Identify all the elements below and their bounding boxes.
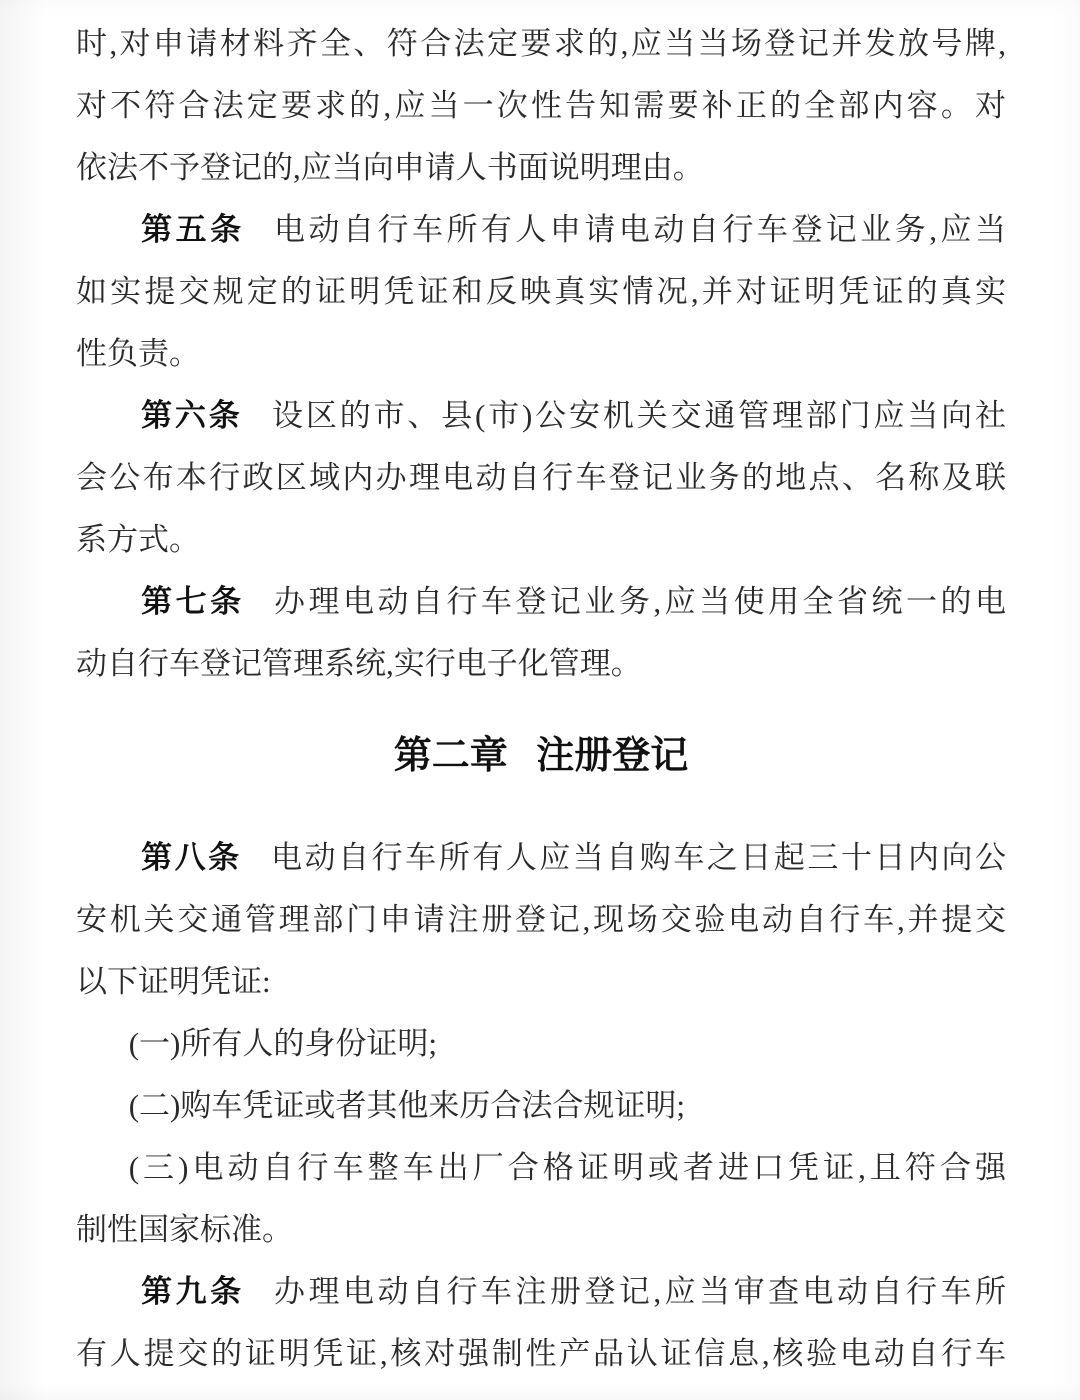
- article-number: 第八条: [141, 840, 242, 875]
- article-number: 第七条: [141, 584, 244, 619]
- article-text: 办理电动自行车注册登记,应当审查电动自行车所: [274, 1274, 1006, 1309]
- text-line: 第五条电动自行车所有人申请电动自行车登记业务,应当: [76, 199, 1006, 261]
- text-line: 时,对申请材料齐全、符合法定要求的,应当当场登记并发放号牌,: [76, 13, 1006, 75]
- text-line: 以下证明凭证:: [76, 951, 1006, 1013]
- text-line: 对不符合法定要求的,应当一次性告知需要补正的全部内容。对: [76, 75, 1006, 137]
- article-paragraph: 第八条电动自行车所有人应当自购车之日起三十日内向公 安机关交通管理部门申请注册登…: [76, 827, 1006, 1013]
- paragraph: 时,对申请材料齐全、符合法定要求的,应当当场登记并发放号牌, 对不符合法定要求的…: [76, 13, 1006, 199]
- article-text: 电动自行车所有人应当自购车之日起三十日内向公: [271, 840, 1006, 875]
- text-line: (一)所有人的身份证明;: [76, 1013, 1006, 1075]
- article-number: 第五条: [141, 212, 244, 247]
- text-line: (三)电动自行车整车出厂合格证明或者进口凭证,且符合强: [76, 1137, 1006, 1199]
- document-page: 时,对申请材料齐全、符合法定要求的,应当当场登记并发放号牌, 对不符合法定要求的…: [0, 0, 1080, 1400]
- article-paragraph: 第五条电动自行车所有人申请电动自行车登记业务,应当 如实提交规定的证明凭证和反映…: [76, 199, 1006, 385]
- text-line: 性负责。: [76, 323, 1006, 385]
- text-line: 动自行车登记管理系统,实行电子化管理。: [76, 633, 1006, 695]
- text-line: 第六条设区的市、县(市)公安机关交通管理部门应当向社: [76, 385, 1006, 447]
- article-paragraph: 第六条设区的市、县(市)公安机关交通管理部门应当向社 会公布本行政区域内办理电动…: [76, 385, 1006, 571]
- text-line: 第九条办理电动自行车注册登记,应当审查电动自行车所: [76, 1261, 1006, 1323]
- chapter-title: 注册登记: [536, 735, 688, 777]
- article-paragraph: 第七条办理电动自行车登记业务,应当使用全省统一的电 动自行车登记管理系统,实行电…: [76, 571, 1006, 695]
- text-line: 如实提交规定的证明凭证和反映真实情况,并对证明凭证的真实: [76, 261, 1006, 323]
- article-text: 电动自行车所有人申请电动自行车登记业务,应当: [274, 212, 1006, 247]
- list-item: (一)所有人的身份证明;: [76, 1013, 1006, 1075]
- article-number: 第六条: [141, 398, 243, 433]
- text-line: 会公布本行政区域内办理电动自行车登记业务的地点、名称及联: [76, 447, 1006, 509]
- chapter-heading: 第二章注册登记: [76, 723, 1006, 789]
- list-item: (二)购车凭证或者其他来历合法合规证明;: [76, 1075, 1006, 1137]
- text-line: 系方式。: [76, 509, 1006, 571]
- list-item: (三)电动自行车整车出厂合格证明或者进口凭证,且符合强 制性国家标准。: [76, 1137, 1006, 1261]
- text-line: 安机关交通管理部门申请注册登记,现场交验电动自行车,并提交: [76, 889, 1006, 951]
- article-text: 设区的市、县(市)公安机关交通管理部门应当向社: [272, 398, 1006, 433]
- text-line: 有人提交的证明凭证,核对强制性产品认证信息,核验电动自行车: [76, 1323, 1006, 1385]
- article-number: 第九条: [141, 1274, 244, 1309]
- chapter-number: 第二章: [394, 735, 508, 777]
- text-line: (二)购车凭证或者其他来历合法合规证明;: [76, 1075, 1006, 1137]
- text-line: 制性国家标准。: [76, 1199, 1006, 1261]
- text-line: 依法不予登记的,应当向申请人书面说明理由。: [76, 137, 1006, 199]
- text-line: 第七条办理电动自行车登记业务,应当使用全省统一的电: [76, 571, 1006, 633]
- article-text: 办理电动自行车登记业务,应当使用全省统一的电: [274, 584, 1006, 619]
- article-paragraph: 第九条办理电动自行车注册登记,应当审查电动自行车所 有人提交的证明凭证,核对强制…: [76, 1261, 1006, 1385]
- text-line: 第八条电动自行车所有人应当自购车之日起三十日内向公: [76, 827, 1006, 889]
